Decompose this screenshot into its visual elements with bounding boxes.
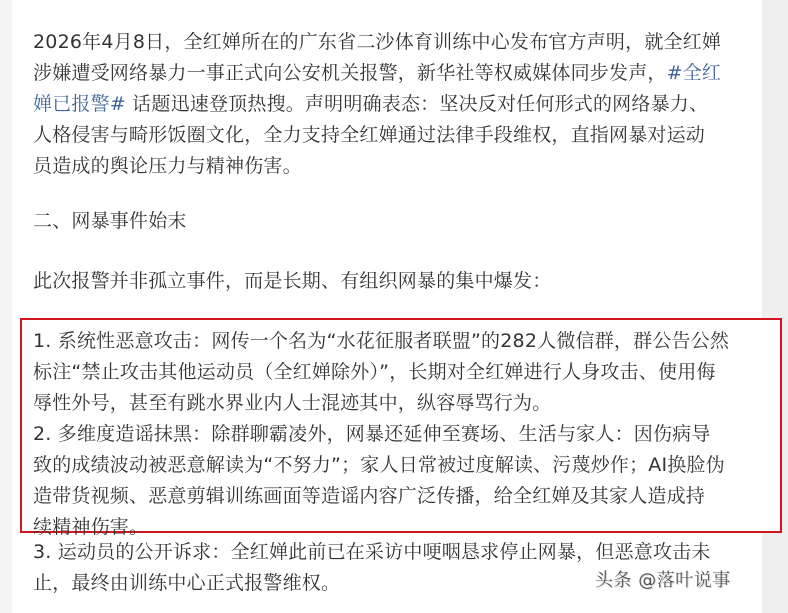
line-text: 涉嫌遭受网络暴力一事正式向公安机关报警，新华社等权威媒体同步发声， bbox=[33, 62, 667, 84]
item-line: 致的成绩波动被恶意解读为“不努力”；家人日常被过度解读、污蔑炒作；AI换脸伪 bbox=[33, 450, 729, 481]
paragraph-line: 员造成的舆论压力与精神伤害。 bbox=[33, 151, 721, 182]
item-line: 辱性外号，甚至有跳水界业内人士混迹其中，纵容辱骂行为。 bbox=[33, 388, 729, 419]
hashtag-link[interactable]: 婵已报警# bbox=[33, 93, 126, 115]
highlighted-items: 1. 系统性恶意攻击：网传一个名为“水花征服者联盟”的282人微信群，群公告公然… bbox=[33, 326, 729, 543]
paragraph-line: 婵已报警# 话题迅速登顶热搜。声明明确表态：坚决反对任何形式的网络暴力、 bbox=[33, 89, 721, 120]
item-line: 1. 系统性恶意攻击：网传一个名为“水花征服者联盟”的282人微信群，群公告公然 bbox=[33, 326, 729, 357]
hashtag-link[interactable]: #全红 bbox=[667, 62, 722, 84]
paragraph-line: 人格侵害与畸形饭圈文化，全力支持全红婵通过法律手段维权，直指网暴对运动 bbox=[33, 120, 721, 151]
item-line: 2. 多维度造谣抹黑：除群聊霸凌外，网暴还延伸至赛场、生活与家人：因伤病导 bbox=[33, 419, 729, 450]
paragraph-line: 涉嫌遭受网络暴力一事正式向公安机关报警，新华社等权威媒体同步发声，#全红 bbox=[33, 58, 721, 89]
section-heading: 二、网暴事件始末 bbox=[33, 206, 187, 237]
watermark: 头条 @落叶说事 bbox=[595, 566, 731, 592]
line-text: 话题迅速登顶热搜。声明明确表态：坚决反对任何形式的网络暴力、 bbox=[132, 93, 708, 115]
item-line: 造带货视频、恶意剪辑训练画面等造谣内容广泛传播，给全红婵及其家人造成持 bbox=[33, 481, 729, 512]
intro-paragraph: 2026年4月8日，全红婵所在的广东省二沙体育训练中心发布官方声明，就全红婵 涉… bbox=[33, 27, 721, 182]
intro-sentence: 此次报警并非孤立事件，而是长期、有组织网暴的集中爆发： bbox=[33, 266, 551, 297]
paragraph-line: 2026年4月8日，全红婵所在的广东省二沙体育训练中心发布官方声明，就全红婵 bbox=[33, 27, 721, 58]
item-line: 3. 运动员的公开诉求：全红婵此前已在采访中哽咽恳求停止网暴，但恶意攻击未 bbox=[33, 537, 711, 568]
item-line: 标注“禁止攻击其他运动员（全红婵除外）”，长期对全红婵进行人身攻击、使用侮 bbox=[33, 357, 729, 388]
